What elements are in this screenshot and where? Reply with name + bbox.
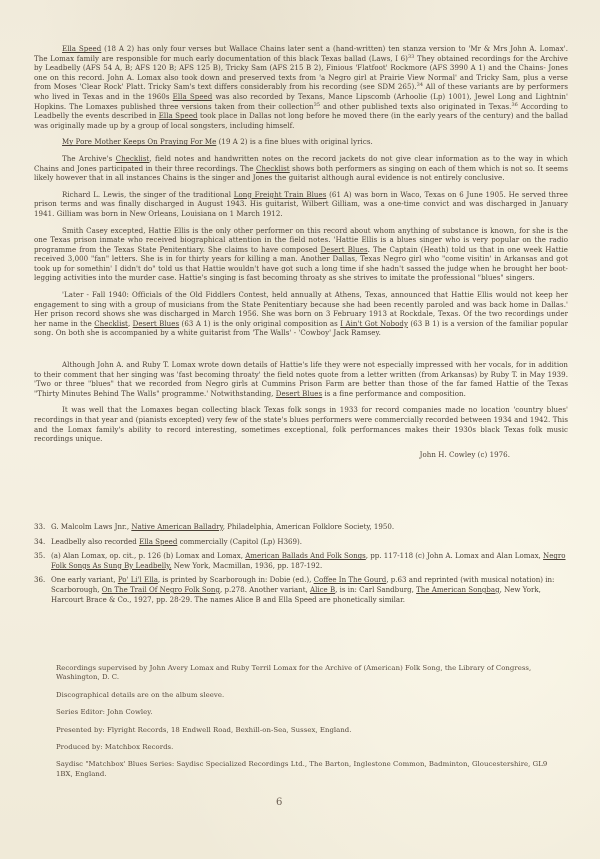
paragraph-hattie-ellis: Smith Casey excepted, Hattie Ellis is th… — [34, 226, 568, 284]
paragraph-richard-lewis: Richard L. Lewis, the singer of the trad… — [34, 190, 568, 219]
text-run: New York, Macmillan, 1936, pp. 187-192. — [172, 561, 323, 570]
paragraph-conclusion: It was well that the Lomaxes began colle… — [34, 405, 568, 443]
text-run: , p.278. Another variant, — [220, 585, 310, 594]
credit-discography: Discographical details are on the album … — [56, 691, 556, 700]
title-reference: American Ballads And Folk Songs — [245, 551, 366, 560]
title-reference: Ella Speed — [139, 537, 177, 546]
text-run: and other published texts also originate… — [320, 102, 511, 111]
footnote-34: 34. Leadbelly also recorded Ella Speed c… — [34, 537, 568, 547]
title-reference: I Ain't Got Nobody — [340, 319, 408, 328]
footnote-number: 34. — [34, 537, 51, 547]
text-run: , pp. 117-118 (c) John A. Lomax and Alan… — [366, 551, 543, 560]
author-signature: John H. Cowley (c) 1976. — [34, 450, 568, 460]
footnote-text: One early variant, Po' Li'l Ella, is pri… — [51, 575, 568, 604]
title-reference: Native American Balladry — [131, 522, 222, 531]
paragraph-lomax-impressions: Although John A. and Ruby T. Lomax wrote… — [34, 360, 568, 398]
footnote-text: Leadbelly also recorded Ella Speed comme… — [51, 537, 568, 547]
credit-presented-by: Presented by: Flyright Records, 18 Endwe… — [56, 726, 556, 735]
text-run: , is printed by Scarborough in: Dobie (e… — [158, 575, 314, 584]
title-reference: Coffee In The Gourd — [314, 575, 387, 584]
text-run: is a fine performance and composition. — [322, 389, 466, 398]
paragraph-checklist: The Archive's Checklist, field notes and… — [34, 154, 568, 183]
text-run: (a) Alan Lomax, op. cit., p. 126 (b) Lom… — [51, 551, 245, 560]
text-run: , Philadelphia, American Folklore Societ… — [223, 522, 394, 531]
footnote-number: 35. — [34, 551, 51, 570]
title-reference: Ella Speed — [159, 111, 198, 120]
paragraph-ella-speed: Ella Speed (18 A 2) has only four verses… — [34, 44, 568, 130]
footnote-text: (a) Alan Lomax, op. cit., p. 126 (b) Lom… — [51, 551, 568, 570]
title-reference: Ella Speed — [62, 44, 101, 53]
title-reference: On The Trail Of Negro Folk Song — [102, 585, 220, 594]
footnotes: 33. G. Malcolm Laws Jnr., Native America… — [34, 522, 568, 609]
text-run: It was well that the Lomaxes began colle… — [34, 405, 568, 443]
credit-recordings: Recordings supervised by John Avery Loma… — [56, 664, 556, 683]
text-run: , is in: Carl Sandburg, — [335, 585, 416, 594]
text-run: (63 A 1) is the only original compositio… — [179, 319, 340, 328]
footnote-number: 33. — [34, 522, 51, 532]
title-reference: Checklist — [256, 164, 290, 173]
footnote-35: 35. (a) Alan Lomax, op. cit., p. 126 (b)… — [34, 551, 568, 570]
title-reference: My Pore Mother Keeps On Praying For Me — [62, 137, 216, 146]
text-run: (19 A 2) is a fine blues with original l… — [216, 137, 372, 146]
title-reference: Desert Blues — [276, 389, 322, 398]
title-reference: Desert Blues — [133, 319, 180, 328]
page-number: 6 — [276, 797, 282, 808]
text-run: The Archive's — [62, 154, 116, 163]
text-run: commercially (Capitol (Lp) H369). — [177, 537, 302, 546]
paragraph-fiddlers-contest: 'Later - Fall 1940: Officials of the Old… — [34, 290, 568, 338]
footnote-number: 36. — [34, 575, 51, 604]
credits-block: Recordings supervised by John Avery Loma… — [56, 664, 556, 787]
title-reference: Alice B — [310, 585, 335, 594]
title-reference: Ella Speed — [173, 92, 213, 101]
text-run: Richard L. Lewis, the singer of the trad… — [62, 190, 234, 199]
title-reference: Checklist — [116, 154, 150, 163]
footnote-33: 33. G. Malcolm Laws Jnr., Native America… — [34, 522, 568, 532]
credit-saydisc: Saydisc "Matchbox' Blues Series: Saydisc… — [56, 760, 556, 779]
credit-produced-by: Produced by: Matchbox Records. — [56, 743, 556, 752]
text-run: Leadbelly also recorded — [51, 537, 139, 546]
title-reference: The American Songbag — [416, 585, 499, 594]
title-reference: Po' Li'l Ella — [118, 575, 158, 584]
text-run: G. Malcolm Laws Jnr., — [51, 522, 131, 531]
title-reference: Checklist — [94, 319, 128, 328]
paragraph-pore-mother: My Pore Mother Keeps On Praying For Me (… — [34, 137, 568, 147]
title-reference: Desert Blues — [321, 245, 368, 254]
footnote-36: 36. One early variant, Po' Li'l Ella, is… — [34, 575, 568, 604]
essay-body: Ella Speed (18 A 2) has only four verses… — [34, 44, 568, 459]
footnote-text: G. Malcolm Laws Jnr., Native American Ba… — [51, 522, 568, 532]
text-run: One early variant, — [51, 575, 118, 584]
title-reference: Long Freight Train Blues — [234, 190, 327, 199]
credit-series-editor: Series Editor: John Cowley. — [56, 708, 556, 717]
